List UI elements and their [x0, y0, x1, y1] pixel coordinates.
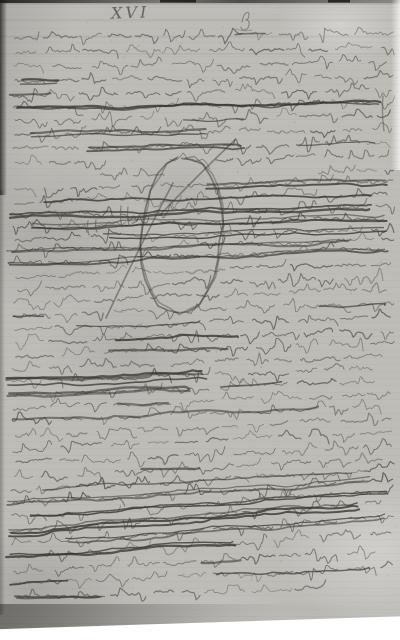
- page-edge-top: [0, 0, 400, 3]
- manuscript-scan: XVI: [0, 0, 400, 640]
- handwriting-ink-layer: [0, 0, 400, 640]
- page-bottom-shadow: [0, 604, 400, 630]
- page-edge-right-highlight: [391, 0, 400, 170]
- page-edge-left-lower: [0, 190, 5, 615]
- page-edge-left: [0, 0, 7, 195]
- manuscript-page: XVI: [0, 0, 400, 640]
